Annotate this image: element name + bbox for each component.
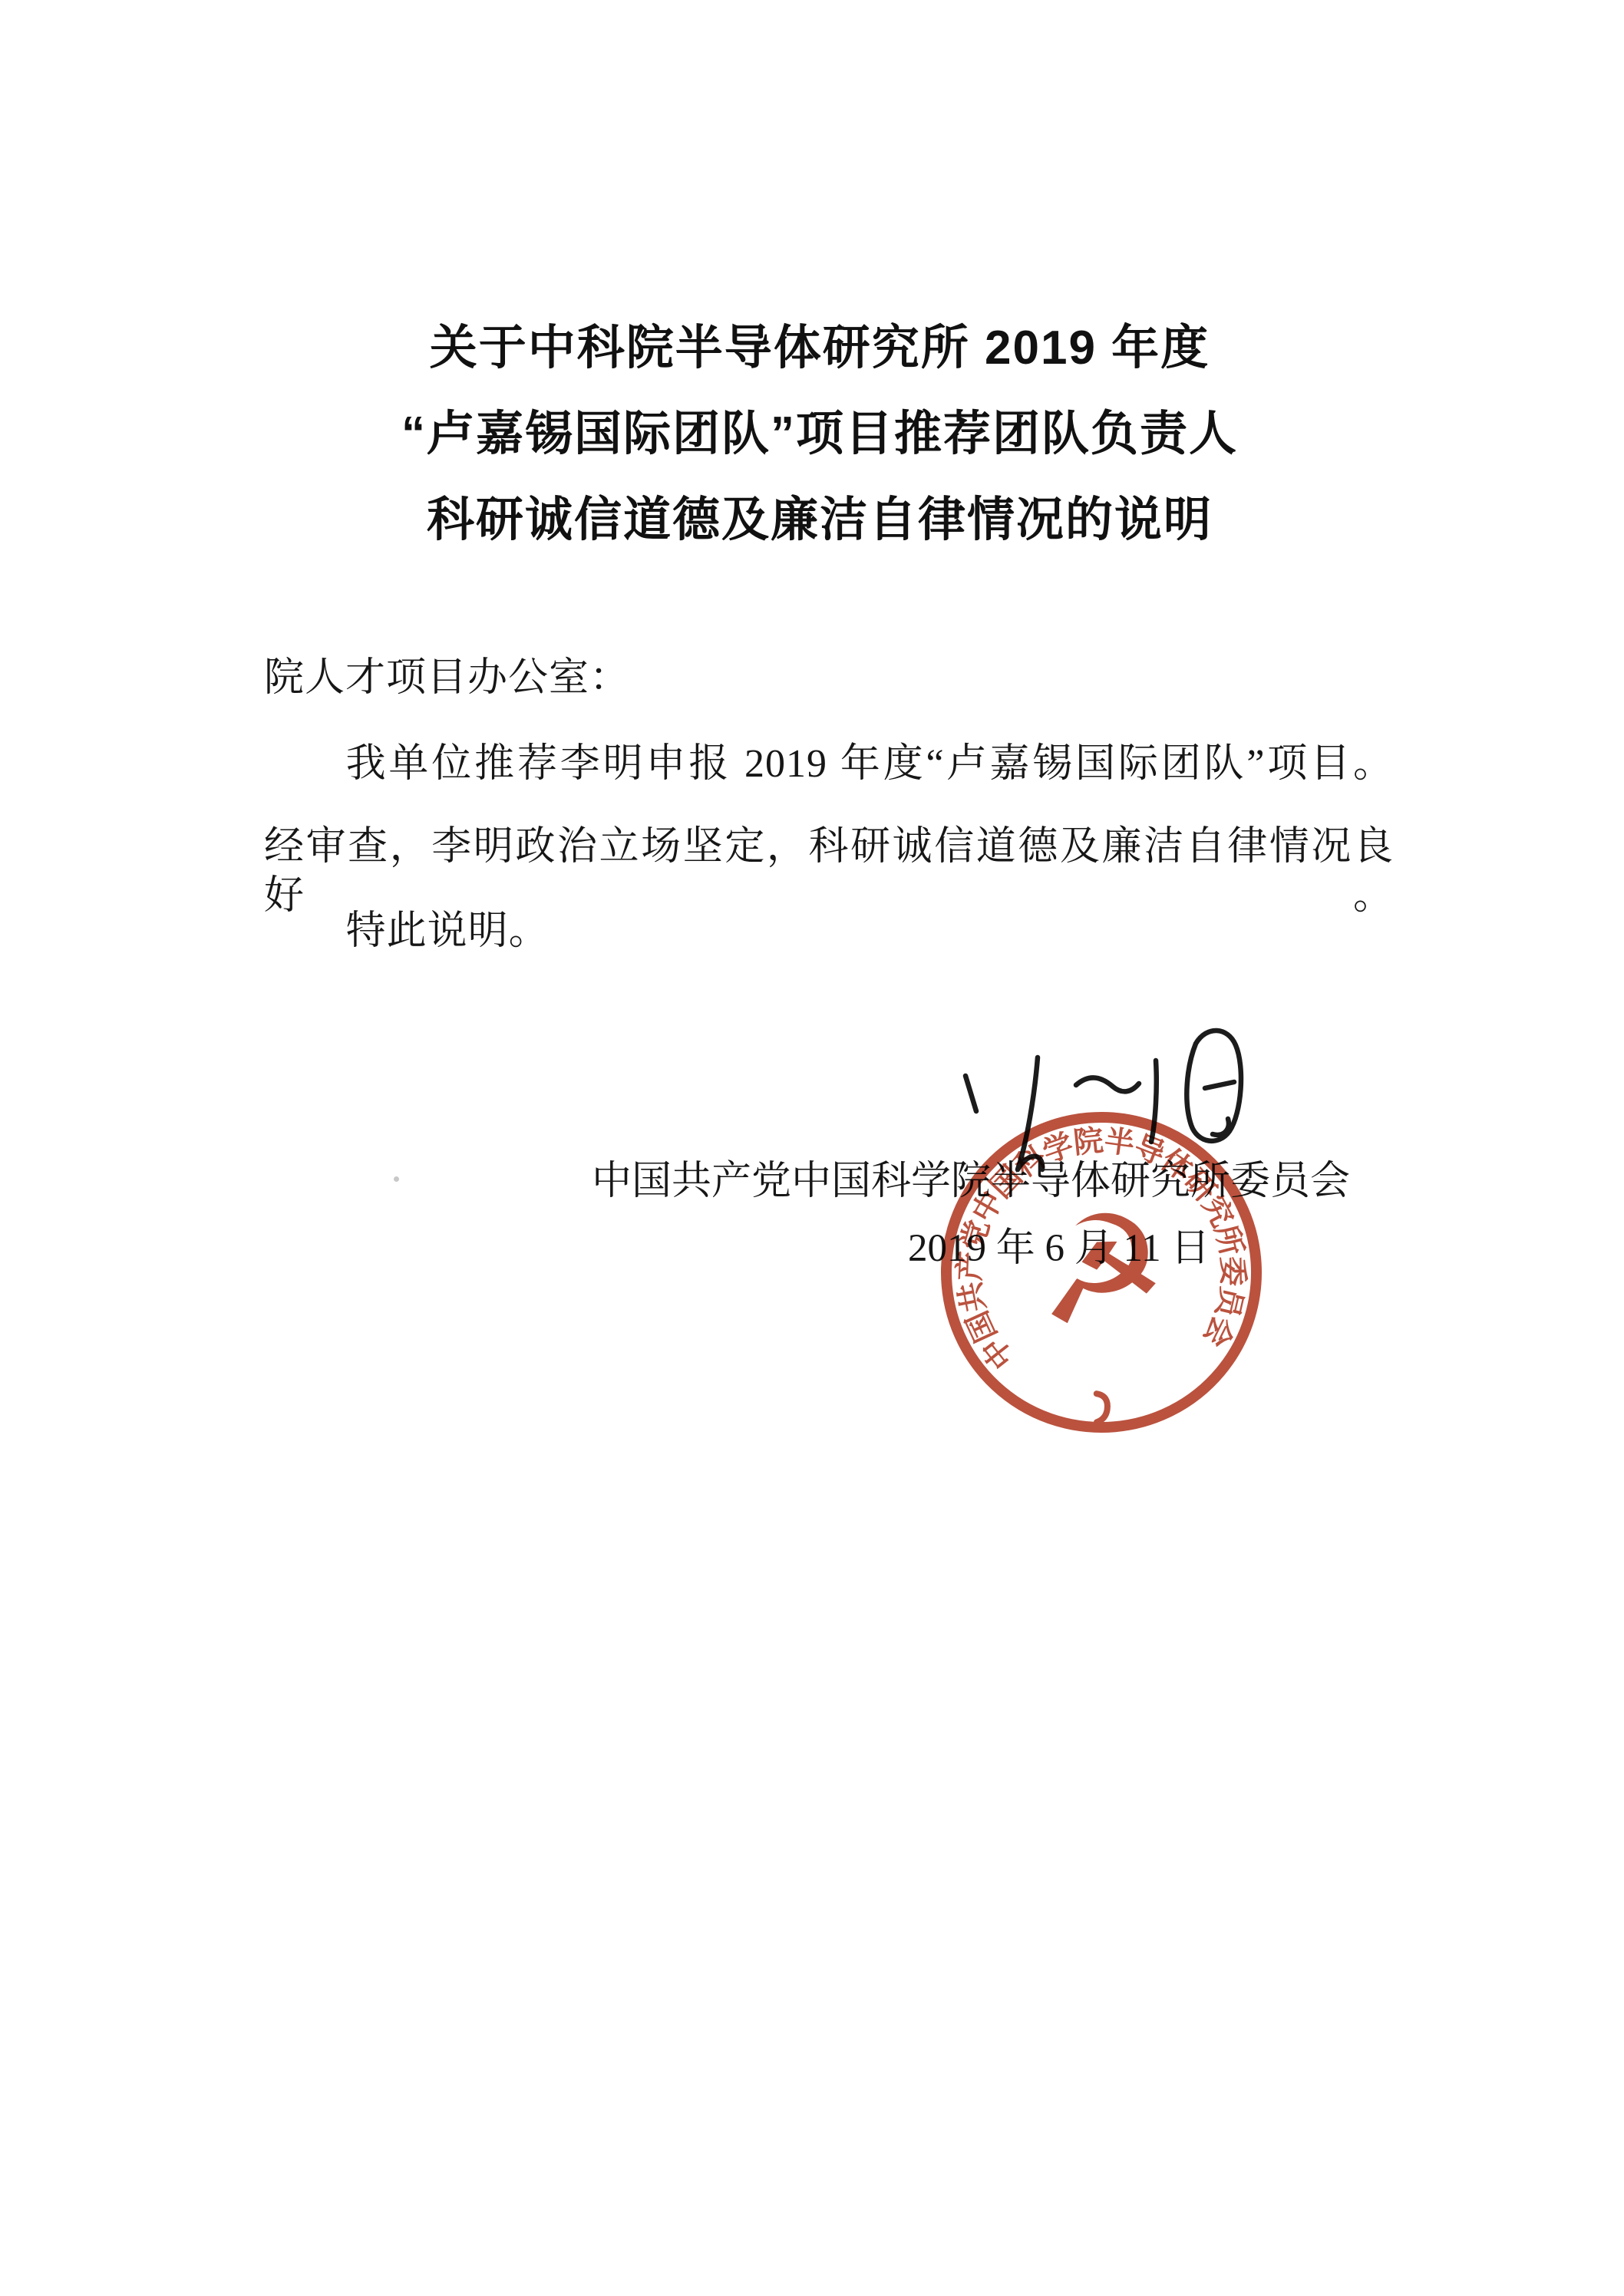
document-page: 关于中科院半导体研究所 2019 年度 “卢嘉锡国际团队”项目推荐团队负责人 科… [0,0,1624,2296]
salutation: 院人才项目办公室： [264,654,1394,703]
document-title: 关于中科院半导体研究所 2019 年度 “卢嘉锡国际团队”项目推荐团队负责人 科… [0,305,1624,563]
title-line-2: “卢嘉锡国际团队”项目推荐团队负责人 [15,391,1624,477]
ink-speck [394,1176,399,1182]
title-line-1: 关于中科院半导体研究所 2019 年度 [15,305,1624,391]
body-paragraph-line-2: 经审查，李明政治立场坚定，科研诚信道德及廉洁自律情况良好。 [264,823,1394,921]
closing-statement: 特此说明。 [264,907,1394,956]
hammer-sickle-icon: ☭ [1028,1179,1173,1360]
official-red-seal: 中国共产党中国科学院半导体研究所委员会 ☭ [914,1085,1289,1460]
seal-bottom-mark [1094,1393,1109,1422]
title-line-3: 科研诚信道德及廉洁自律情况的说明 [15,477,1624,563]
body-paragraph-line-1: 我单位推荐李明申报 2019 年度“卢嘉锡国际团队”项目。 [264,740,1394,789]
